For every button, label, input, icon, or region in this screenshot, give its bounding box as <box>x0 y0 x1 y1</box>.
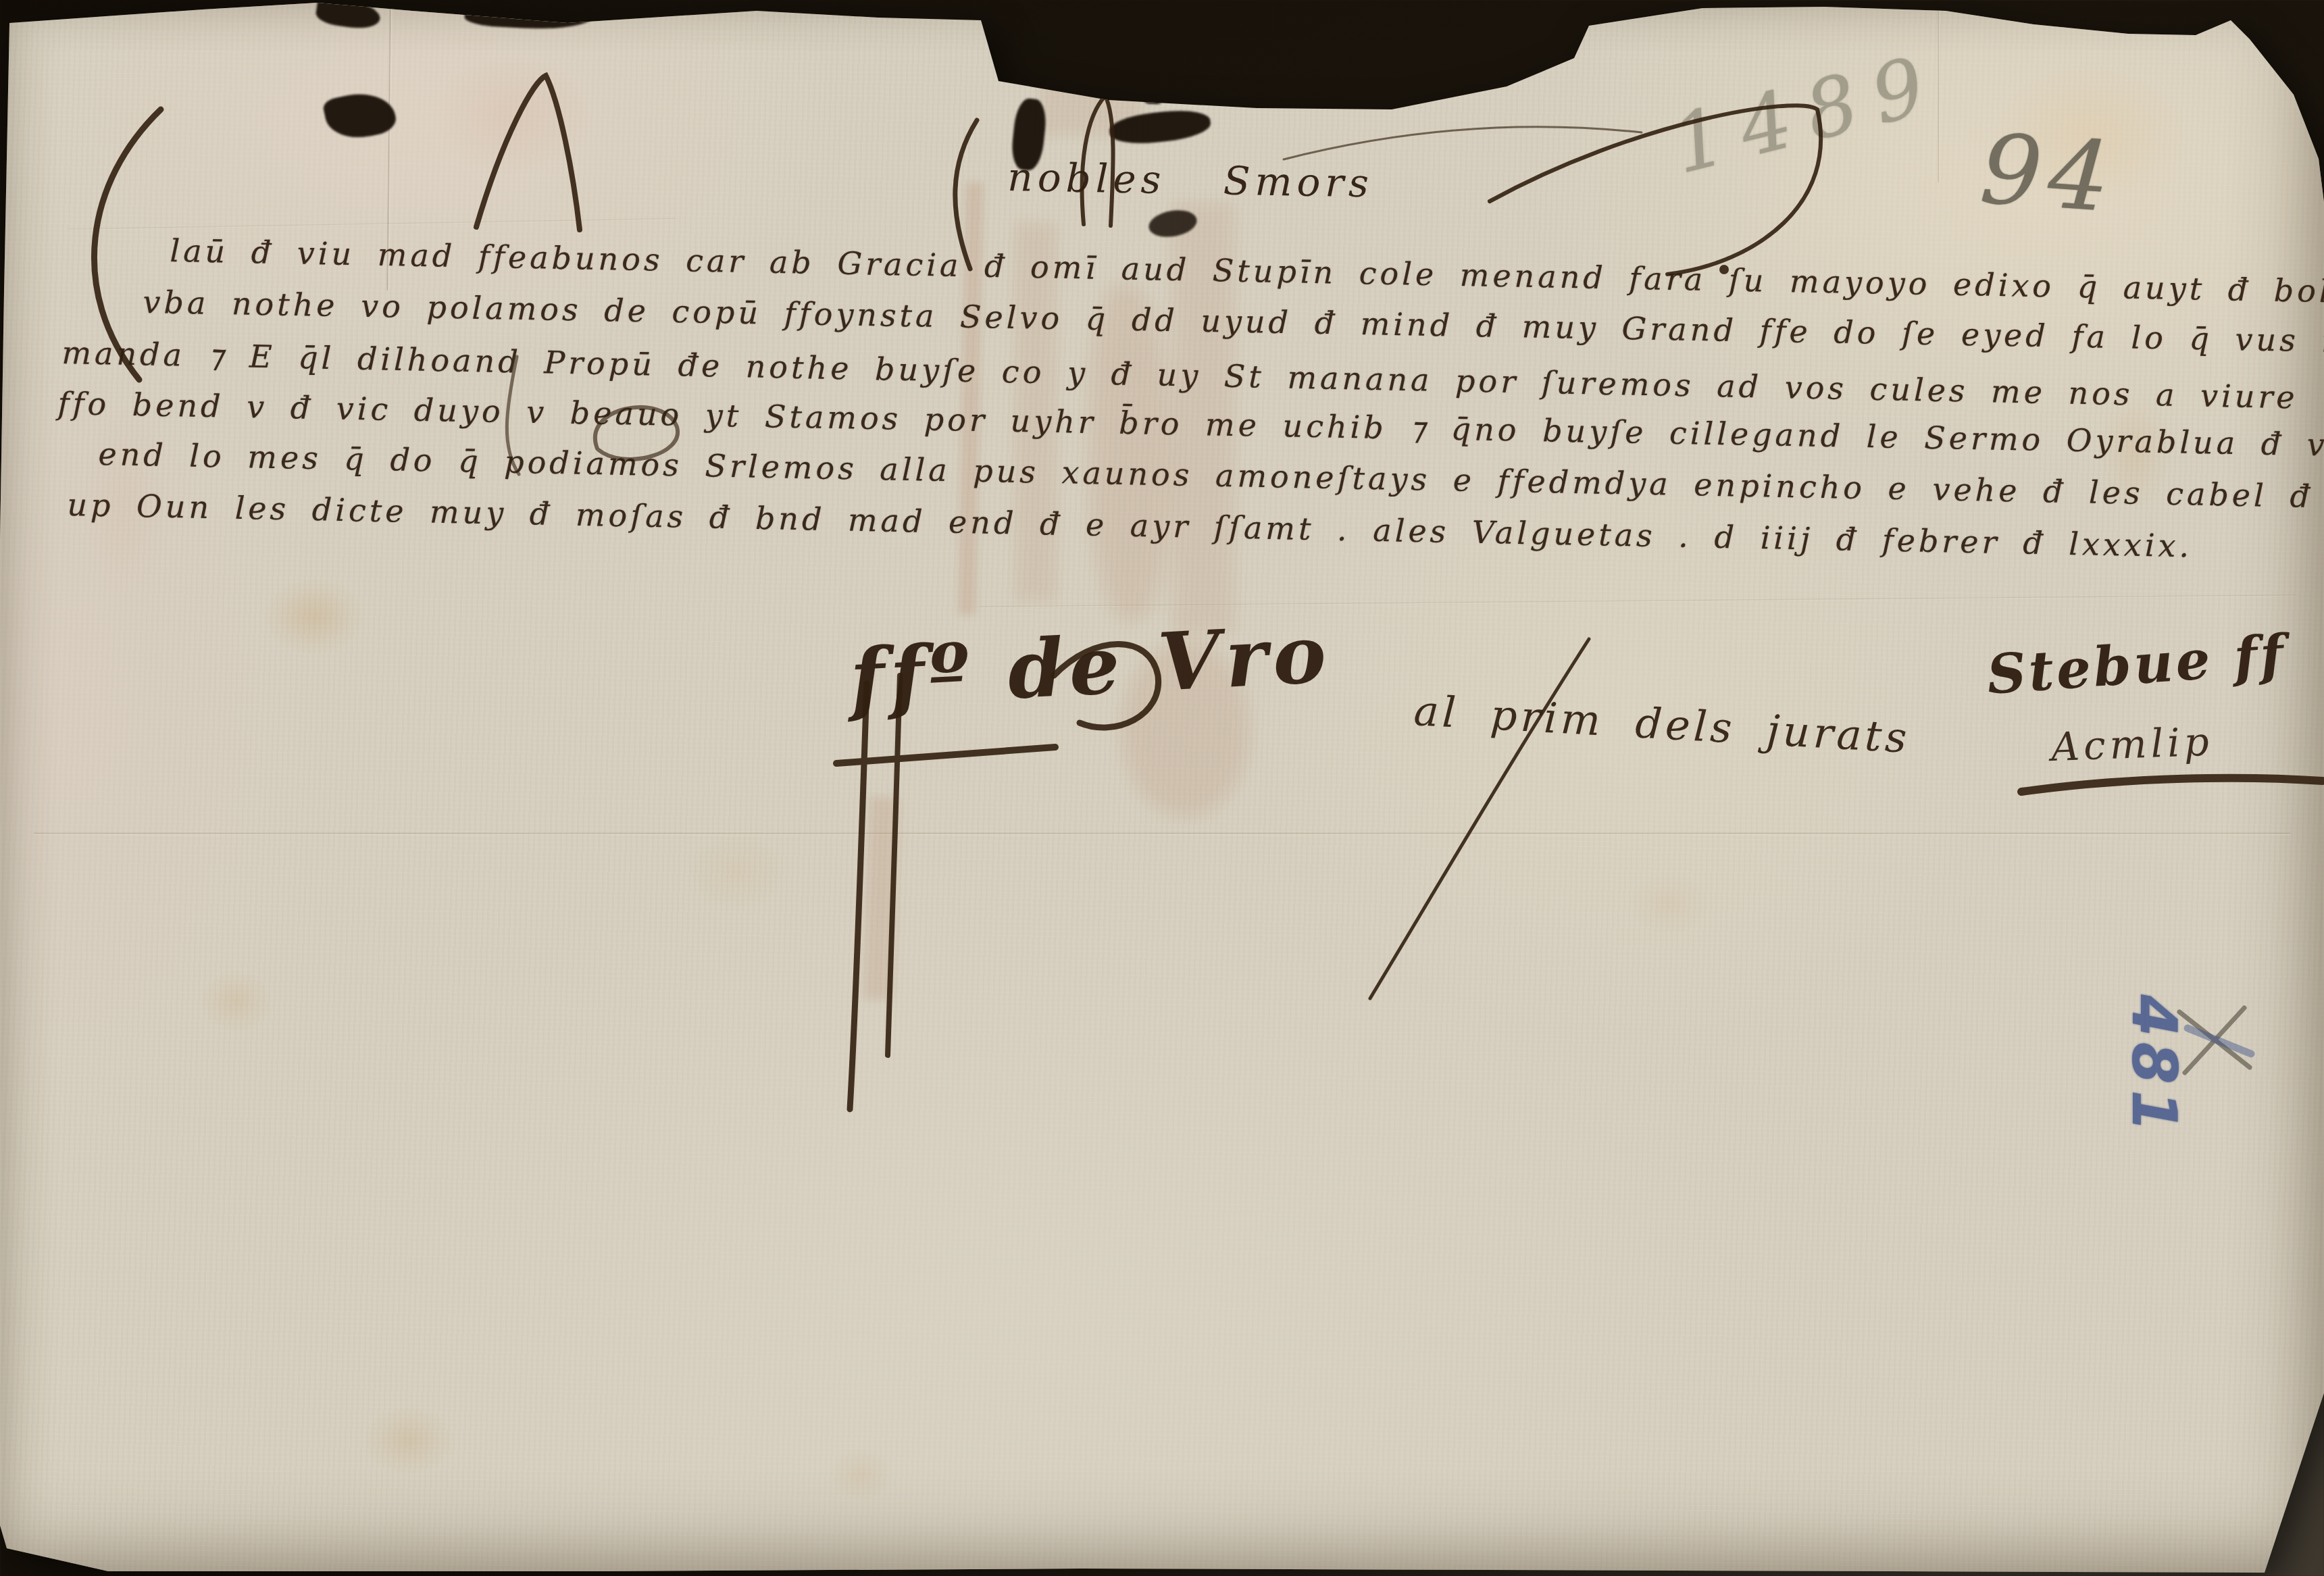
secretary-signature: al prim dels jurats <box>1413 686 1911 763</box>
paper-shadow: nobles Smors laū đ viu mad ffeabunos car… <box>0 0 2324 1576</box>
ink-blot <box>315 0 382 31</box>
foxing-stain <box>361 1405 456 1476</box>
fold-crease <box>34 832 2290 836</box>
salutation-text: nobles Smors <box>1007 154 1374 206</box>
signature-flourish-text: Acmlip <box>2050 719 2214 770</box>
fold-crease <box>980 594 2297 608</box>
ink-blot <box>1108 107 1212 147</box>
foxing-stain <box>432 54 595 176</box>
ink-blot <box>1146 207 1199 240</box>
foxing-stain <box>682 831 790 912</box>
paraph-signature: ffº de Vro <box>848 607 1334 726</box>
pencil-folio-annotation: 94 <box>1977 113 2120 234</box>
ink-blot <box>464 0 594 32</box>
foxing-stain <box>828 1446 895 1503</box>
foxing-stain <box>199 969 274 1034</box>
blue-archival-number: 481 <box>2118 994 2189 1138</box>
ink-blot <box>1182 54 1312 102</box>
bleedthrough-stain <box>863 796 899 1000</box>
manuscript-paper: nobles Smors laū đ viu mad ffeabunos car… <box>0 0 2324 1576</box>
ink-blot <box>1138 17 1171 105</box>
scanned-manuscript-page: nobles Smors laū đ viu mad ffeabunos car… <box>0 0 2324 1576</box>
ink-blot <box>322 86 398 145</box>
fold-crease <box>68 218 676 231</box>
pencil-year-annotation: 1489 <box>1663 35 1951 192</box>
main-signature: Stebue ff <box>1985 622 2288 707</box>
foxing-stain <box>1628 871 1709 936</box>
crossout-mark <box>2179 1008 2250 1073</box>
foxing-stain <box>263 578 365 655</box>
